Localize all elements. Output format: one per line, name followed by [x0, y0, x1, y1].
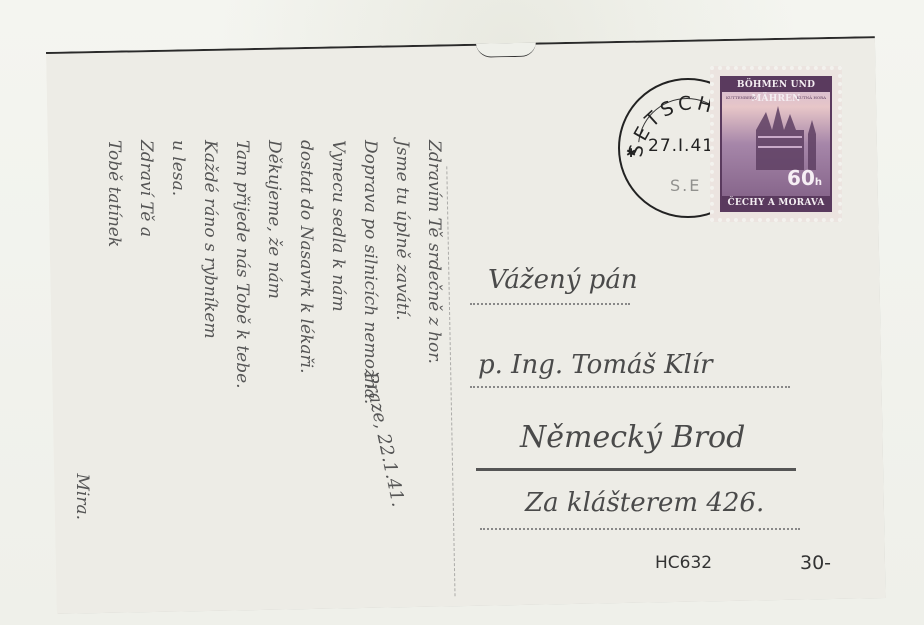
- address-dotted-line: [480, 528, 800, 530]
- price-note: 30-: [800, 552, 831, 574]
- address-underline: [476, 468, 796, 471]
- address-dotted-line: [470, 303, 630, 305]
- message-line: dostat do Nasavrk k lékaři.: [290, 140, 322, 560]
- message-line: Zdravím Tě srdečně z hor.: [418, 140, 450, 560]
- card-notch: [476, 42, 536, 58]
- cathedral-icon: [746, 100, 816, 170]
- address-street: Za klášterem 426.: [525, 488, 764, 518]
- address-city: Německý Brod: [520, 420, 745, 455]
- address-salutation: Vážený pán: [488, 265, 638, 295]
- message-signature: Mira.: [66, 140, 98, 560]
- message-line: Tobě tatínek: [98, 140, 130, 560]
- stamp-top-text: BÖHMEN UND MÄHREN: [722, 78, 830, 92]
- message-line: Zdraví Tě a: [130, 140, 162, 560]
- postage-stamp: BÖHMEN UND MÄHREN KUTTENBERG KUTNÁ HORA …: [710, 66, 842, 222]
- message-line: Děkujeme, že nám: [258, 140, 290, 560]
- postmark-bottom-text: S.E: [670, 176, 701, 195]
- stamp-bottom-text: ČECHY A MORAVA: [722, 196, 830, 210]
- stamp-value: 60h: [787, 166, 822, 190]
- address-name: p. Ing. Tomáš Klír: [478, 350, 713, 380]
- message-line: u lesa.: [162, 140, 194, 560]
- message-line: Doprava po silnicích nemožná.: [354, 140, 386, 560]
- message-line: Tam přijede nás Tobě k tebe.: [226, 140, 258, 560]
- address-dotted-line: [470, 386, 790, 388]
- stamp-image: BÖHMEN UND MÄHREN KUTTENBERG KUTNÁ HORA …: [720, 76, 832, 212]
- catalog-code: HC632: [655, 553, 712, 573]
- message-line: Každé ráno s rybníkem: [194, 140, 226, 560]
- message-line: Vynecu sedla k nám: [322, 140, 354, 560]
- postmark-star-icon: ✱: [626, 146, 636, 160]
